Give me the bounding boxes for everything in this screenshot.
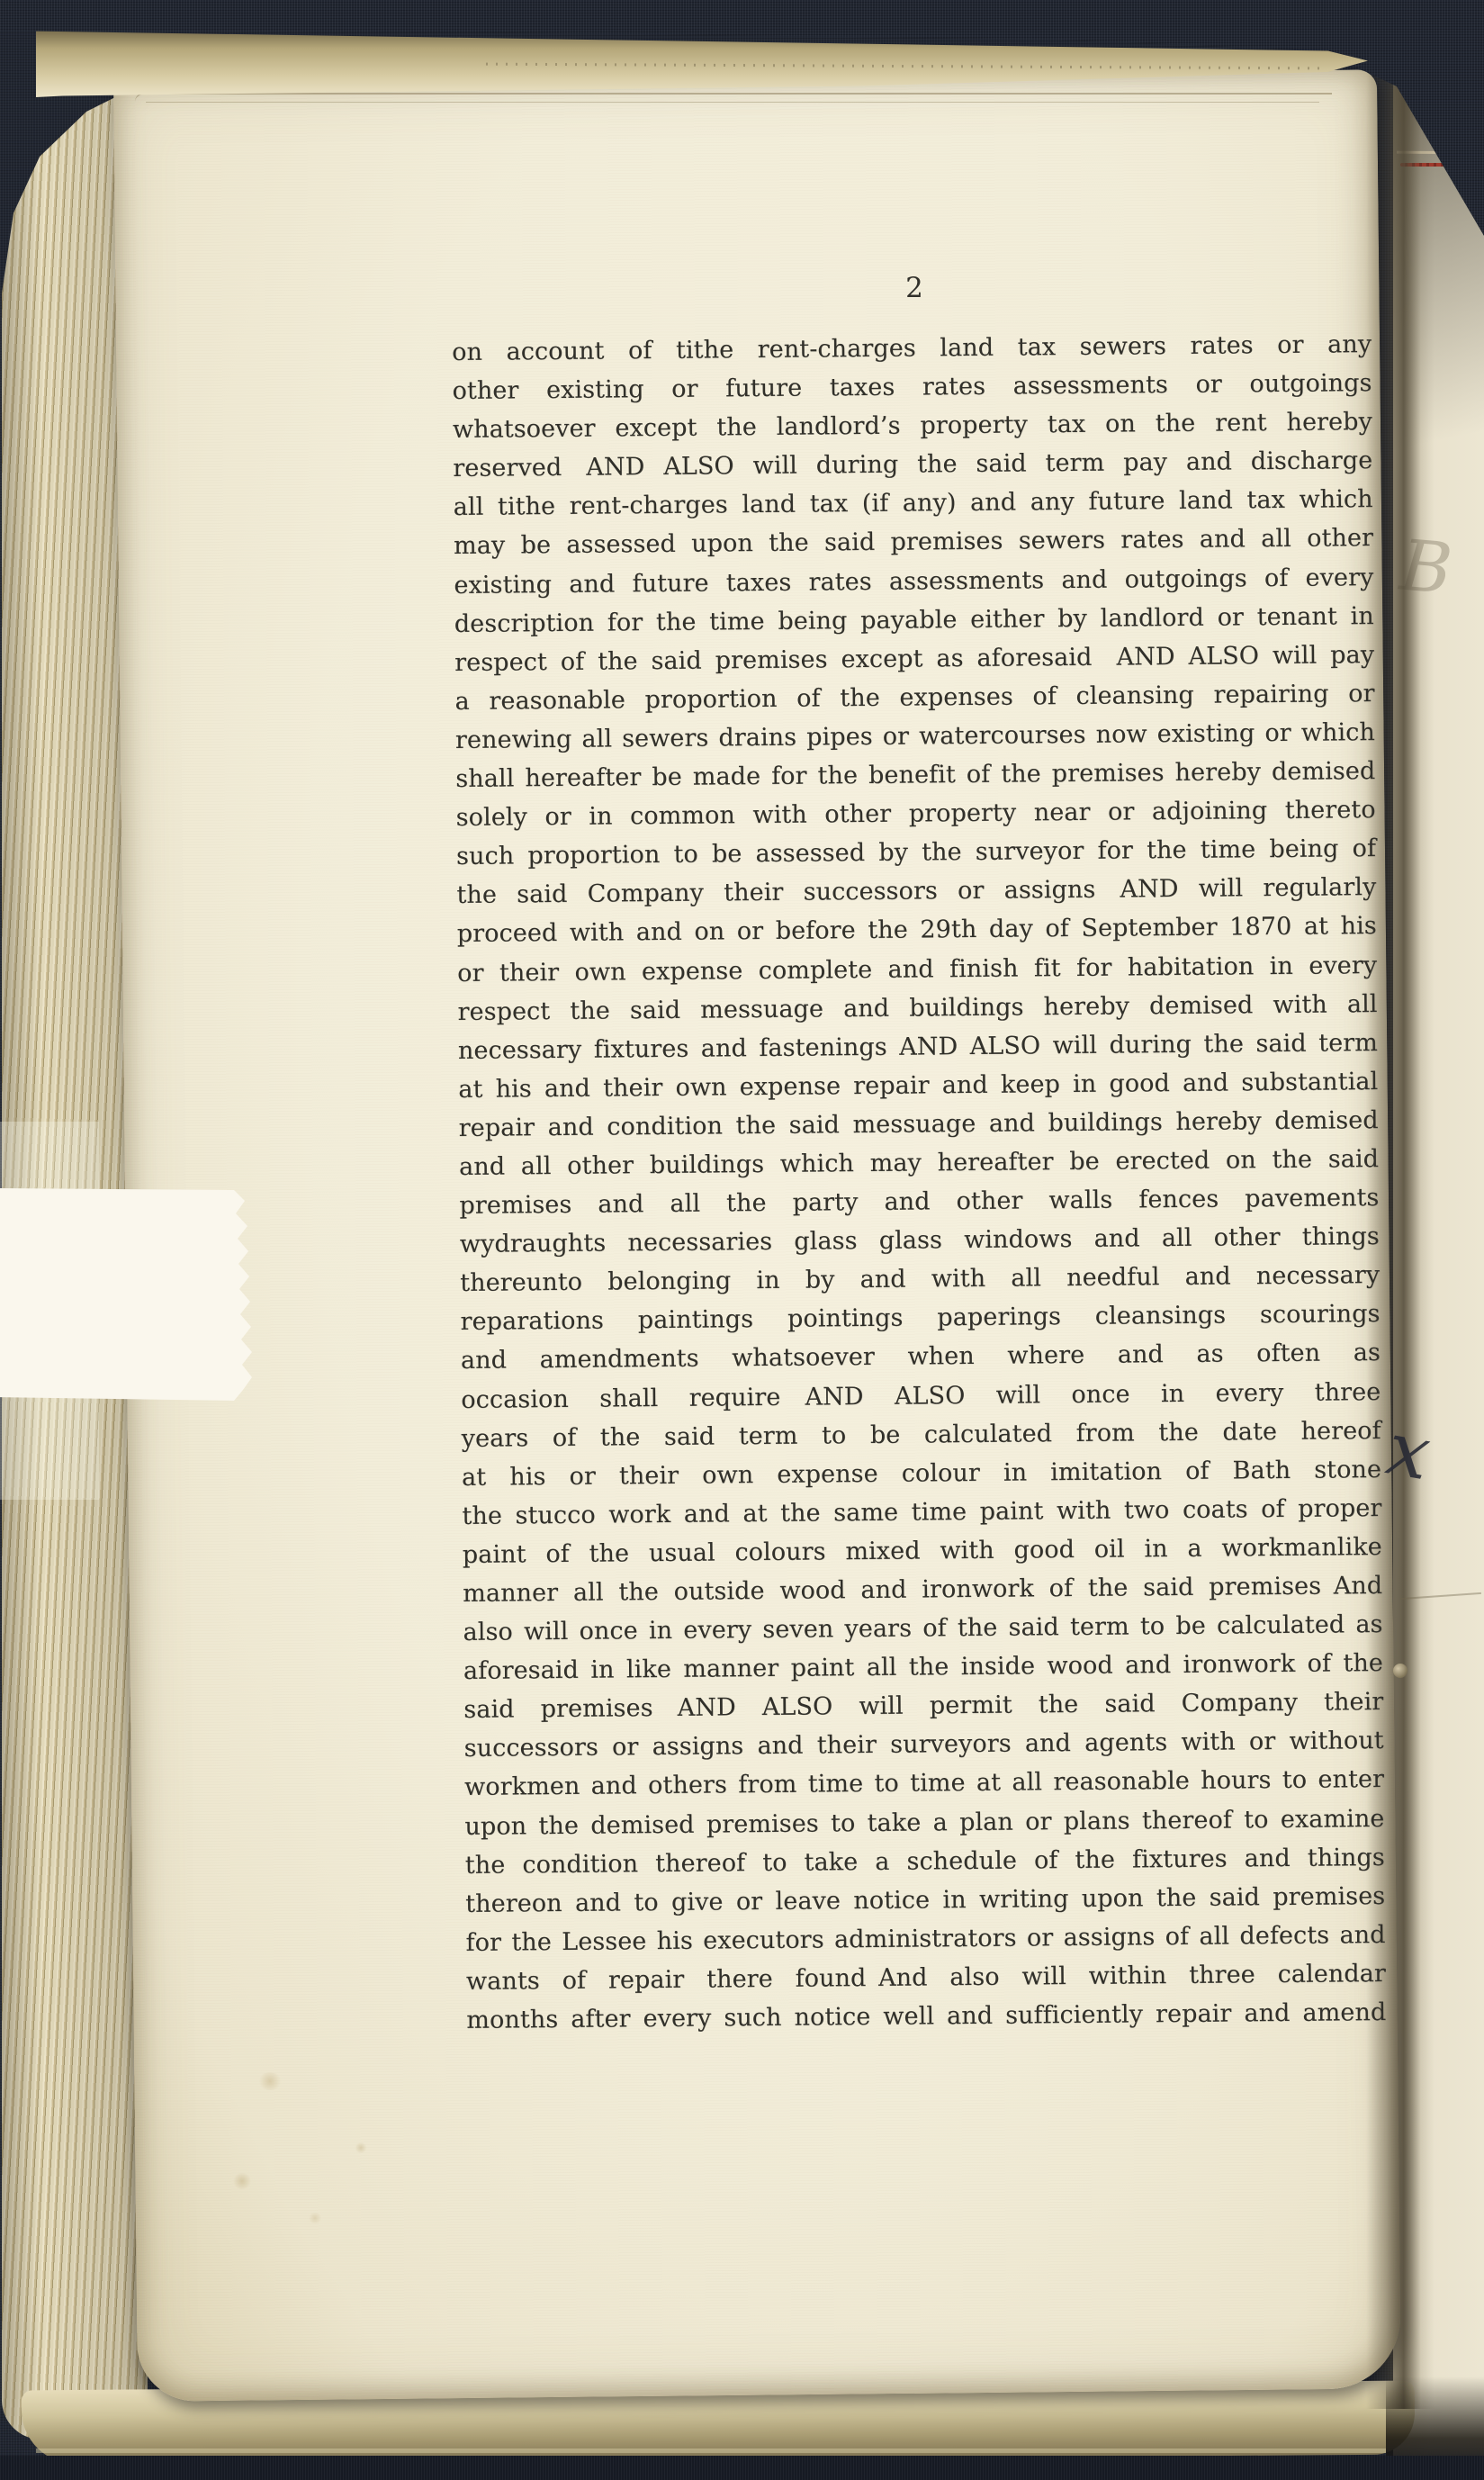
bottom-edge-highlight	[36, 2448, 1386, 2453]
book-scan: B x 2 on account of tithe rent-charges l…	[0, 0, 1484, 2480]
stain-spot	[257, 2072, 283, 2090]
page-number: 2	[882, 272, 947, 304]
stain-spot	[355, 2142, 367, 2153]
book-cover-bottom	[0, 2456, 1484, 2480]
body-text: on account of tithe rent-charges land ta…	[452, 325, 1387, 2040]
stain-spot	[308, 2213, 322, 2223]
fastener-dot	[1393, 1664, 1408, 1678]
leaf-edge-line	[146, 102, 1319, 112]
text-line: months after every such notice well and …	[466, 1993, 1386, 2040]
stain-spot	[232, 2173, 252, 2189]
tape-patch	[0, 1188, 263, 1402]
